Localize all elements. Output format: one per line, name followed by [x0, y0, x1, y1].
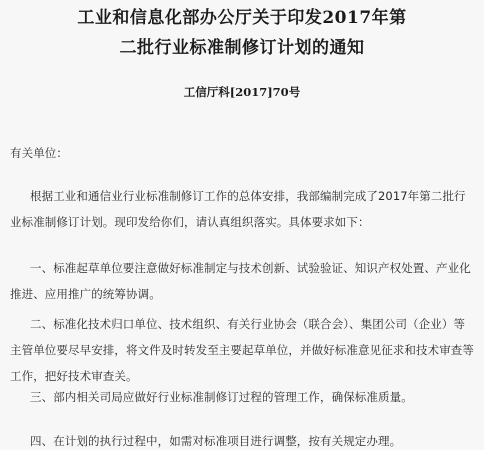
requirement-4: 四、在计划的执行过程中，如需对标准项目进行调整，按有关规定办理。 [10, 428, 474, 450]
greeting: 有关单位： [10, 140, 474, 166]
requirement-2: 二、标准化技术归口单位、技术组织、有关行业协会（联合会）、集团公司（企业）等主管… [10, 311, 474, 389]
document-number: 工信厅科[2017]70号 [0, 84, 484, 100]
intro-paragraph: 根据工业和通信业行业标准制修订工作的总体安排，我部编制完成了2017年第二批行业… [10, 183, 474, 235]
document-title-line-2: 二批行业标准制修订计划的通知 [0, 33, 484, 58]
requirement-3: 三、部内相关司局应做好行业标准制修订过程的管理工作，确保标准质量。 [10, 384, 474, 410]
document-title-line-1: 工业和信息化部办公厅关于印发2017年第 [0, 3, 484, 28]
requirement-1: 一、标准起草单位要注意做好标准制定与技术创新、试验验证、知识产权处置、产业化推进… [10, 255, 474, 307]
